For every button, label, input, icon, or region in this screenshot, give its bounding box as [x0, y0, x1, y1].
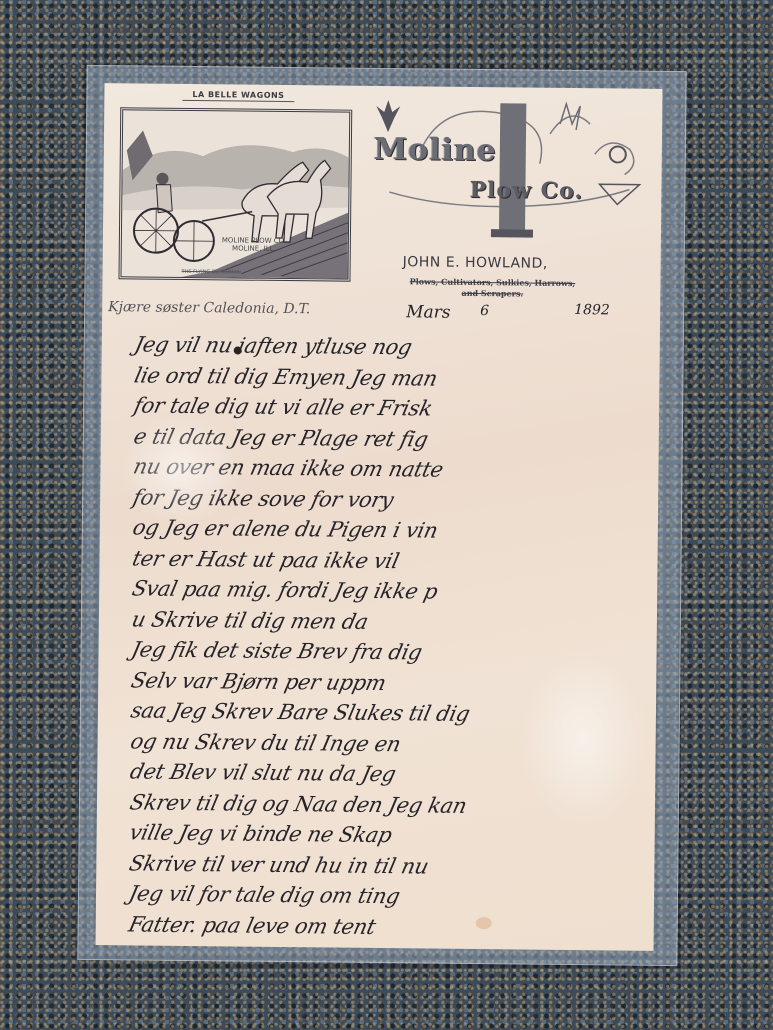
dateline-day: 6	[480, 303, 489, 319]
letter-line: Jeg vil for tale dig om ting	[126, 878, 643, 914]
vignette-caption: THE FLYING DUTCHMAN	[182, 269, 241, 276]
logo-text-plow-co: Plow Co.	[469, 177, 583, 204]
ornament-flourish-icon	[359, 92, 651, 255]
dateline-place: Kjære søster Caledonia, D.T.	[108, 299, 310, 317]
letter-line: Fatter. paa leve om tent	[126, 909, 643, 945]
letter-sheet: LA BELLE WAGONS	[96, 83, 663, 951]
dateline-year: 1892	[574, 302, 610, 318]
letter-line: ville Jeg vi binde ne Skap	[127, 817, 644, 853]
letter-line: nu over en maa ikke om natte	[130, 451, 647, 487]
letter-line: og Jeg er alene du Pigen i vin	[130, 512, 647, 548]
letter-line: Jeg fik det siste Brev fra dig	[128, 634, 645, 670]
plow-horses-engraving-icon	[122, 110, 350, 278]
company-logo: Moline Plow Co.	[359, 92, 651, 255]
letter-body: Jeg vil nu iaften ytluse nog lie ord til…	[126, 329, 642, 944]
engraving-plow-vignette: MOLINE PLOW CO. MOLINE, ILL. THE FLYING …	[118, 107, 352, 281]
agent-name: JOHN E. HOWLAND,	[403, 254, 548, 272]
letter-line: for tale dig ut vi alle er Frisk	[131, 390, 648, 426]
vignette-engraved-text: MOLINE PLOW CO. MOLINE, ILL.	[222, 236, 286, 253]
dateline-month: Mars	[406, 302, 451, 322]
letter-line: saa Jeg Skrev Bare Slukes til dig	[128, 695, 645, 731]
letter-line: det Blev vil slut nu da Jeg	[127, 756, 644, 792]
paper-stain	[476, 917, 492, 929]
letterhead-top-label: LA BELLE WAGONS	[182, 90, 294, 102]
letter-line: Jeg vil nu iaften ytluse nog	[132, 329, 649, 365]
dateline: Kjære søster Caledonia, D.T. Mars 6 1892	[108, 299, 648, 305]
letter-line: Sval paa mig. fordi Jeg ikke p	[129, 573, 646, 609]
logo-text-moline: Moline	[374, 132, 497, 168]
products-list: Plows, Cultivators, Sulkies, Harrows, an…	[372, 276, 612, 301]
